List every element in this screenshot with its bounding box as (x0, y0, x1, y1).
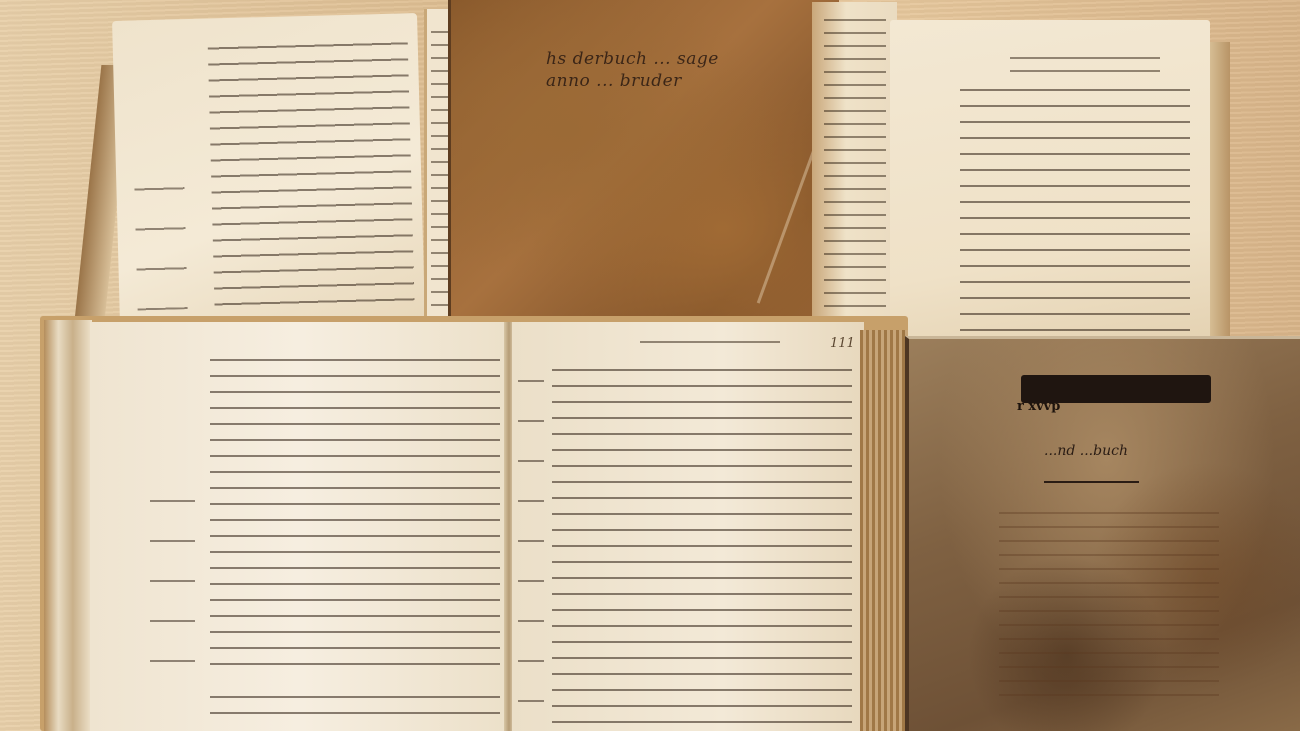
cover-script-title: ...nd ...buch (1044, 443, 1128, 459)
margin-notes (150, 482, 195, 682)
page-number: 111 (830, 336, 855, 351)
handwritten-text (208, 33, 415, 308)
faded-text (999, 504, 1219, 704)
margin-notes (518, 362, 544, 722)
page-block-edge (44, 320, 92, 731)
cover-inscription: hs derbuch ... sage anno ... bruder (546, 48, 786, 92)
bottom-left-open-manuscript: 111 (40, 316, 908, 731)
handwritten-text (552, 360, 852, 725)
page-block-edge (860, 330, 908, 731)
book-edge (1210, 42, 1230, 342)
inscription-line-2: anno ... bruder (546, 70, 786, 92)
manuscript-left-page (812, 2, 897, 332)
manuscript-left-page (90, 322, 510, 731)
handwritten-text (210, 687, 500, 727)
page-heading-text (640, 334, 780, 346)
margin-notes (134, 169, 188, 310)
cover-flourish (1044, 481, 1139, 483)
inscription-line-1: hs derbuch ... sage (546, 48, 786, 70)
manuscript-right-page (890, 20, 1210, 342)
manuscript-page (112, 13, 425, 326)
top-right-open-manuscript (812, 2, 1230, 342)
page-heading-text (1010, 50, 1160, 76)
manuscript-right-page (512, 322, 864, 731)
handwritten-text (824, 12, 886, 322)
handwritten-text (210, 350, 500, 670)
top-center-leather-cover: hs derbuch ... sage anno ... bruder (448, 0, 839, 326)
handwritten-text (960, 80, 1190, 335)
bottom-right-stained-cover: r xvvp ...nd ...buch (905, 336, 1300, 731)
cover-label-small: r xvvp (1017, 399, 1060, 414)
top-left-open-manuscript (88, 5, 458, 325)
